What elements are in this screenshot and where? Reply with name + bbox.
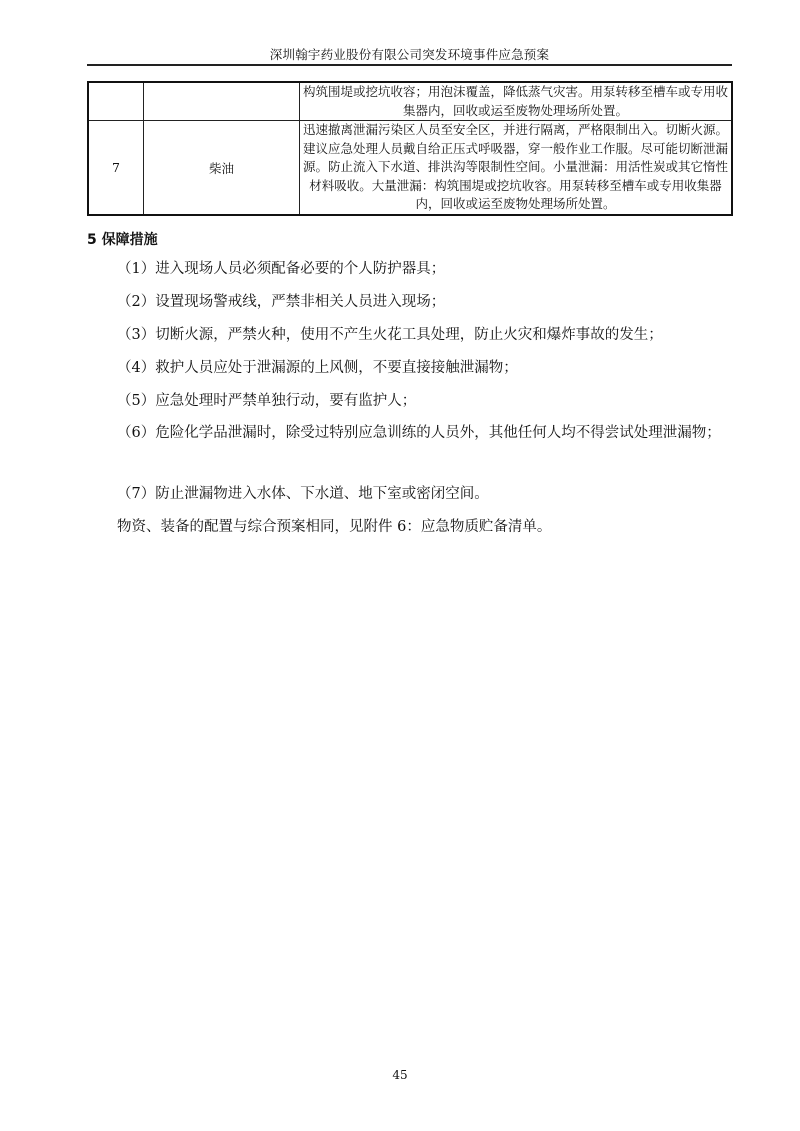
closing-paragraph: 物资、装备的配置与综合预案相同，见附件 6：应急物质贮备清单。	[87, 517, 735, 537]
measure-item-5: （5）应急处理时严禁单独行动，要有监护人；	[87, 391, 735, 411]
measure-item-7: （7）防止泄漏物进入水体、下水道、地下室或密闭空间。	[87, 484, 735, 504]
table-row: 构筑围堤或挖坑收容；用泡沫覆盖，降低蒸气灾害。用泵转移至槽车或专用收集器内，回收…	[88, 82, 732, 121]
row-number-cell: 7	[88, 121, 144, 216]
document-header-title: 深圳翰宇药业股份有限公司突发环境事件应急预案	[87, 45, 732, 63]
measure-item-6: （6）危险化学品泄漏时，除受过特别应急训练的人员外，其他任何人均不得尝试处理泄漏…	[87, 418, 735, 448]
row-number-cell	[88, 82, 144, 121]
response-measures-cell: 迅速撤离泄漏污染区人员至安全区，并进行隔离，严格限制出入。切断火源。建议应急处理…	[300, 121, 733, 216]
section-heading: 5 保障措施	[87, 229, 158, 249]
measure-item-4: （4）救护人员应处于泄漏源的上风侧，不要直接接触泄漏物；	[87, 358, 735, 378]
measure-item-1: （1）进入现场人员必须配备必要的个人防护器具；	[87, 259, 735, 279]
substance-name-cell: 柴油	[144, 121, 300, 216]
page-number: 45	[0, 1068, 800, 1082]
response-measures-cell: 构筑围堤或挖坑收容；用泡沫覆盖，降低蒸气灾害。用泵转移至槽车或专用收集器内，回收…	[300, 82, 733, 121]
substance-name-cell	[144, 82, 300, 121]
header-divider	[87, 64, 732, 66]
hazard-response-table: 构筑围堤或挖坑收容；用泡沫覆盖，降低蒸气灾害。用泵转移至槽车或专用收集器内，回收…	[87, 81, 733, 216]
measure-item-3: （3）切断火源，严禁火种，使用不产生火花工具处理，防止火灾和爆炸事故的发生；	[87, 325, 735, 345]
table-row: 7 柴油 迅速撤离泄漏污染区人员至安全区，并进行隔离，严格限制出入。切断火源。建…	[88, 121, 732, 216]
measure-item-2: （2）设置现场警戒线，严禁非相关人员进入现场；	[87, 292, 735, 312]
